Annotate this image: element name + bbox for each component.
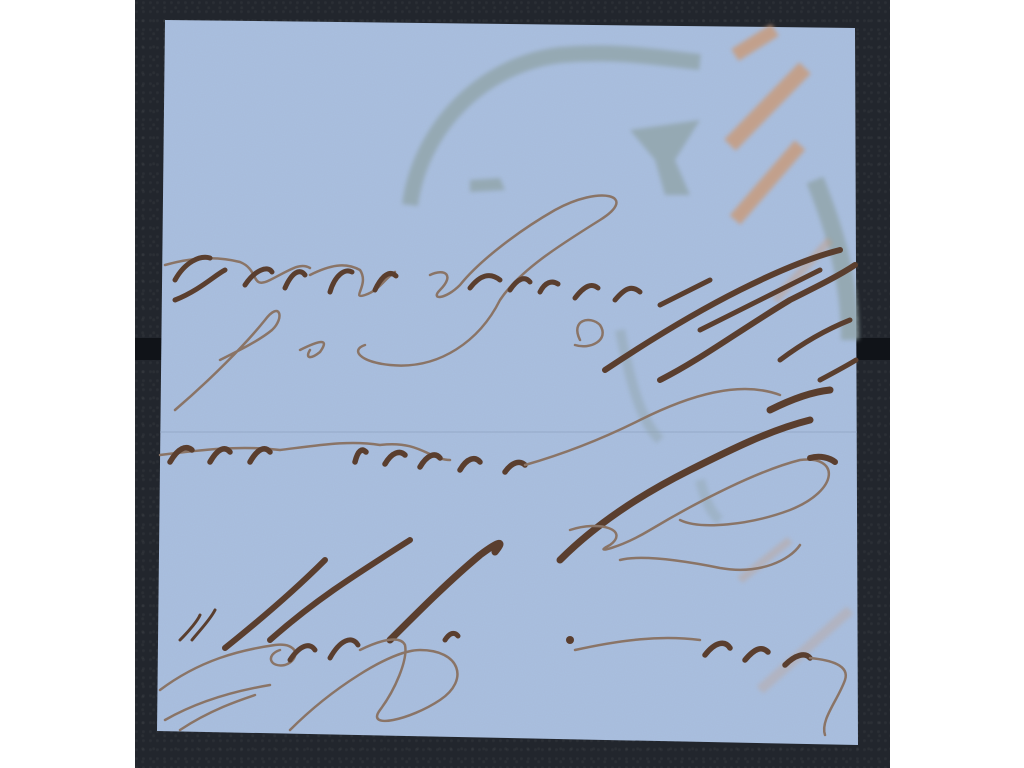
paper-fragment [0, 0, 1024, 768]
paper-artwork [0, 0, 1024, 768]
